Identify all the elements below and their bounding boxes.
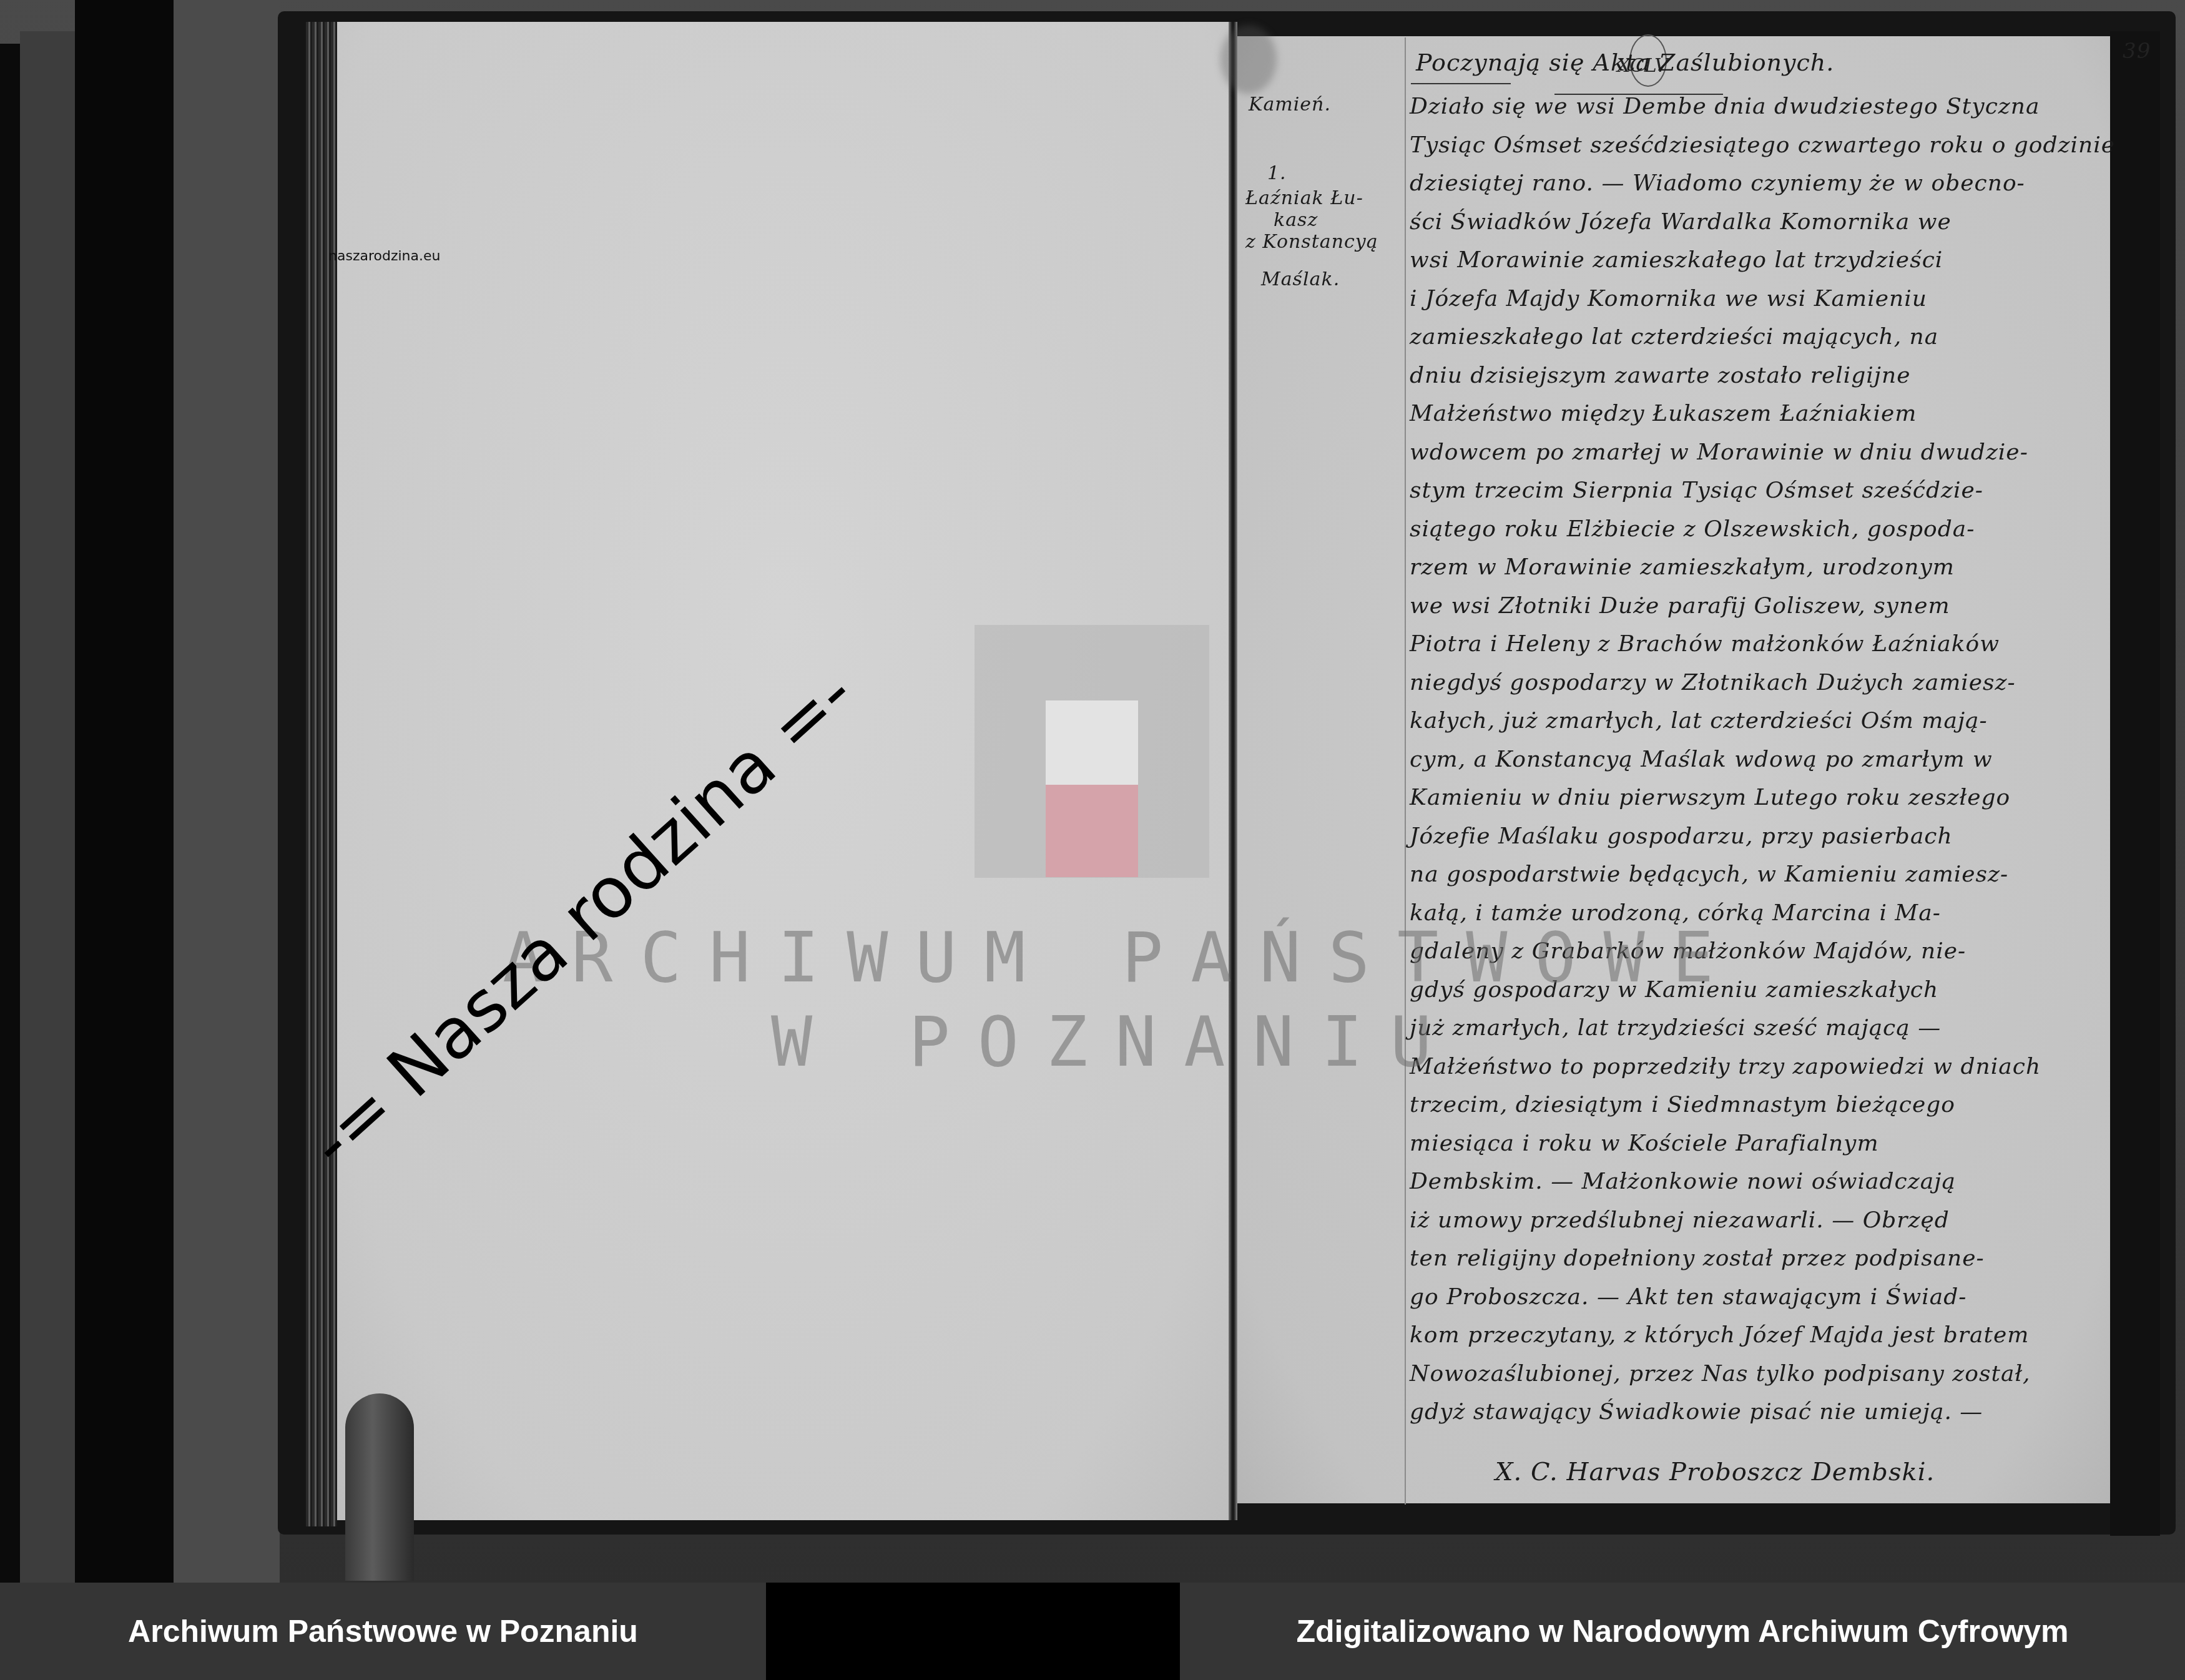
- background-strip: [20, 31, 75, 1583]
- act-text-line: wsi Morawinie zamieszkałego lat trzydzie…: [1410, 247, 1943, 273]
- footer-bar: Archiwum Państwowe w Poznaniu Zdigitaliz…: [0, 1583, 2185, 1680]
- act-text-line: niegdyś gospodarzy w Złotnikach Dużych z…: [1410, 670, 2016, 695]
- archive-watermark-line1: ARCHIWUM PAŃSTWOWE: [503, 918, 1741, 998]
- act-text-line: Małżeństwo to poprzedziły trzy zapowiedz…: [1410, 1054, 2041, 1079]
- act-text-line: Działo się we wsi Dembe dnia dwudziesteg…: [1410, 94, 2040, 119]
- thumb-holding-page: [345, 1393, 414, 1581]
- act-text-line: ten religijny dopełniony został przez po…: [1410, 1245, 1985, 1271]
- act-text-line: cym, a Konstancyą Maślak wdową po zmarły…: [1410, 747, 1993, 772]
- page-edges: [306, 22, 337, 1526]
- register-header: Poczynają się Akta Zaślubionych.: [1416, 49, 1834, 76]
- act-text-line: dniu dzisiejszym zawarte zostało religij…: [1410, 363, 1910, 388]
- act-text-line: rzem w Morawinie zamieszkałym, urodzonym: [1410, 554, 1955, 580]
- archive-logo-flag-white: [1046, 700, 1138, 785]
- act-text-line: Piotra i Heleny z Brachów małżonków Łaźn…: [1410, 631, 2000, 657]
- act-text-line: ści Świadków Józefa Wardalka Komornika w…: [1410, 209, 1952, 235]
- background-strip: [0, 44, 20, 1583]
- act-text-line: zamieszkałego lat czterdzieści mających,…: [1410, 324, 1938, 350]
- act-text-line: i Józefa Majdy Komornika we wsi Kamieniu: [1410, 286, 1927, 312]
- archive-watermark-line2: W POZNANIU: [771, 1002, 1459, 1082]
- act-text-line: Nowozaślubionej, przez Nas tylko podpisa…: [1410, 1361, 2031, 1387]
- margin-note: Łaźniak Łu-: [1245, 187, 1363, 209]
- act-text-line: dziesiątej rano. — Wiadomo czyniemy że w…: [1410, 170, 2025, 196]
- background-strip: [174, 0, 280, 1583]
- footer-archive-credit: Archiwum Państwowe w Poznaniu: [0, 1583, 766, 1680]
- act-text-line: Małżeństwo między Łukaszem Łaźniakiem: [1410, 401, 1917, 426]
- margin-note: Kamień.: [1249, 94, 1331, 115]
- book-gutter: [1229, 22, 1237, 1520]
- margin-note: kasz: [1274, 209, 1318, 231]
- margin-note: 1.: [1267, 162, 1287, 184]
- act-text-line: Dembskim. — Małżonkowie nowi oświadczają: [1410, 1169, 1956, 1194]
- act-text-line: iż umowy przedślubnej niezawarli. — Obrz…: [1410, 1207, 1950, 1233]
- margin-note: z Konstancyą: [1245, 231, 1378, 253]
- book-right-edge: [2110, 31, 2160, 1536]
- act-text-line: stym trzecim Sierpnia Tysiąc Ośmset sześ…: [1410, 478, 1983, 503]
- act-text-line: trzecim, dziesiątym i Siedmnastym bieżąc…: [1410, 1092, 1955, 1118]
- margin-note: Maślak.: [1261, 268, 1340, 290]
- footer-digitization-credit: Zdigitalizowano w Narodowym Archiwum Cyf…: [1180, 1583, 2185, 1680]
- act-text-line: kałych, już zmarłych, lat czterdzieści O…: [1410, 708, 1988, 734]
- footer-left-text: Archiwum Państwowe w Poznaniu: [128, 1613, 638, 1649]
- act-text-line: wdowcem po zmarłej w Morawinie w dniu dw…: [1410, 440, 2028, 465]
- act-text-line: Kamieniu w dniu pierwszym Lutego roku ze…: [1410, 785, 2010, 810]
- act-text-line: kom przeczytany, z których Józef Majda j…: [1410, 1322, 2029, 1348]
- act-text-line: Józefie Maślaku gospodarzu, przy pasierb…: [1410, 823, 1953, 849]
- act-text-line: we wsi Złotniki Duże parafij Goliszew, s…: [1410, 593, 1950, 619]
- priest-signature: X. C. Harvas Proboszcz Dembski.: [1495, 1458, 1935, 1486]
- header-underline: [1411, 83, 1511, 84]
- site-watermark: naszarodzina.eu: [328, 248, 440, 264]
- act-text-line: na gospodarstwie będących, w Kamieniu za…: [1410, 862, 2008, 887]
- page-number: 39: [2123, 39, 2151, 64]
- archive-logo-flag-red: [1046, 785, 1138, 877]
- act-text-line: siątego roku Elżbiecie z Olszewskich, go…: [1410, 516, 1975, 542]
- margin-line: [1405, 37, 1406, 1505]
- footer-right-text: Zdigitalizowano w Narodowym Archiwum Cyf…: [1296, 1613, 2068, 1649]
- background-strip: [75, 0, 174, 1583]
- act-text-line: go Proboszcza. — Akt ten stawającym i Św…: [1410, 1284, 1967, 1310]
- act-text-line: już zmarłych, lat trzydzieści sześć mają…: [1410, 1015, 1941, 1041]
- act-text-line: gdyż stawający Świadkowie pisać nie umie…: [1410, 1399, 1983, 1425]
- act-text-line: miesiąca i roku w Kościele Parafialnym: [1410, 1131, 1879, 1156]
- act-text-line: Tysiąc Ośmset sześćdziesiątego czwartego…: [1410, 132, 2115, 158]
- ink-blot: [1220, 25, 1277, 94]
